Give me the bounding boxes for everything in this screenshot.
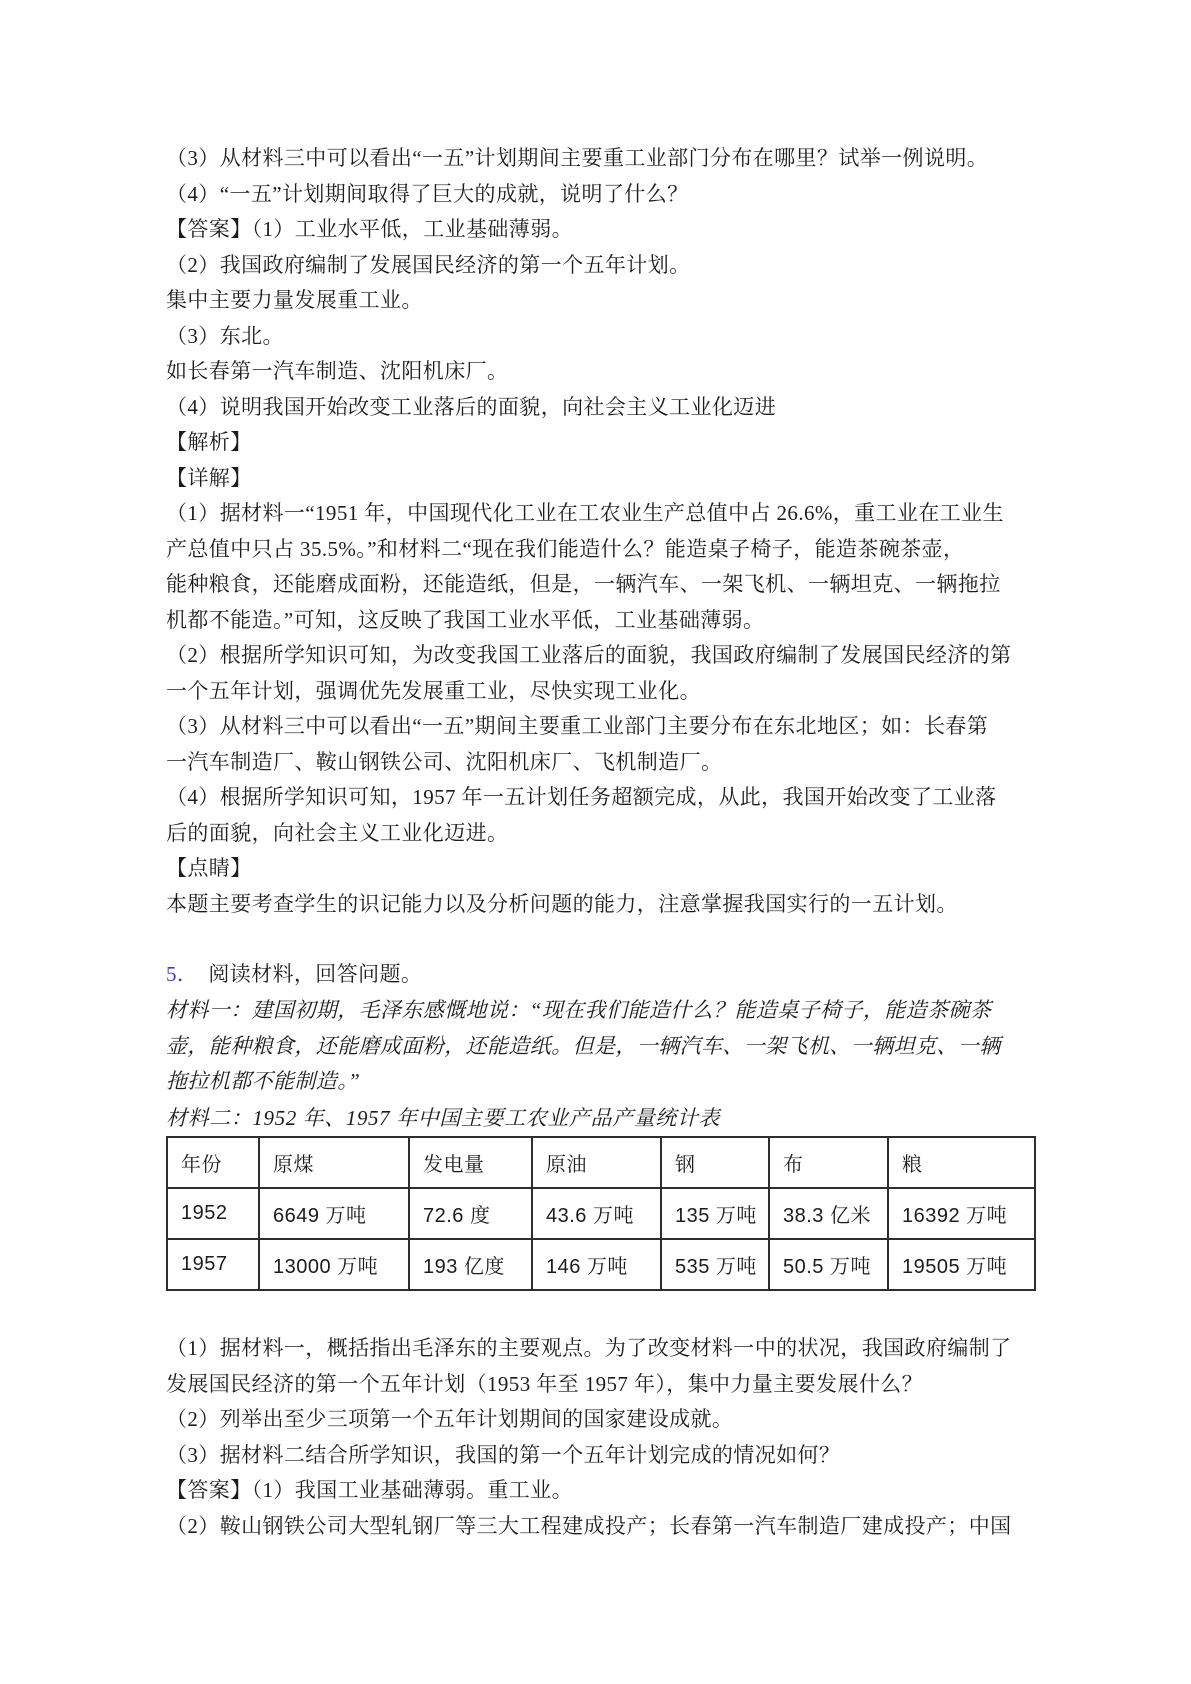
table-cell: 535 万吨: [661, 1239, 769, 1290]
table-header-cell: 原煤: [259, 1137, 409, 1188]
table-cell: 50.5 万吨: [769, 1239, 888, 1290]
material-line: 材料一：建国初期，毛泽东感慨地说：“现在我们能造什么？能造桌子椅子，能造茶碗茶: [166, 993, 1034, 1029]
question5-number: 5．: [166, 962, 198, 986]
answer-label-line: 【答案】（1）我国工业基础薄弱。重工业。: [166, 1473, 1034, 1509]
table-cell: 1957: [167, 1239, 259, 1290]
explanation-line: （4）根据所学知识可知，1957 年一五计划任务超额完成，从此，我国开始改变了工…: [166, 780, 1034, 816]
material-line: 壶，能种粮食，还能磨成面粉，还能造纸。但是，一辆汽车、一架飞机、一辆坦克、一辆: [166, 1029, 1034, 1065]
material-one: 材料一：建国初期，毛泽东感慨地说：“现在我们能造什么？能造桌子椅子，能造茶碗茶 …: [166, 993, 1034, 1100]
table-header-cell: 粮: [888, 1137, 1035, 1188]
explanation-line: 机都不能造。”可知，这反映了我国工业水平低，工业基础薄弱。: [166, 603, 1034, 639]
question-line: （4）“一五”计划期间取得了巨大的成就，说明了什么？: [166, 177, 1034, 213]
question-line: （1）据材料一，概括指出毛泽东的主要观点。为了改变材料一中的状况，我国政府编制了: [166, 1331, 1034, 1367]
material-line: 拖拉机都不能制造。”: [166, 1064, 1034, 1100]
answer-analysis-section: （3）从材料三中可以看出“一五”计划期间主要重工业部门分布在哪里？试举一例说明。…: [166, 141, 1034, 922]
table-cell: 43.6 万吨: [532, 1188, 661, 1239]
table-cell: 38.3 亿米: [769, 1188, 888, 1239]
table-header-cell: 年份: [167, 1137, 259, 1188]
question-line: （3）据材料二结合所学知识，我国的第一个五年计划完成的情况如何？: [166, 1438, 1034, 1474]
explanation-line: 产总值中只占 35.5%。”和材料二“现在我们能造什么？能造桌子椅子，能造茶碗茶…: [166, 532, 1034, 568]
question-line: （2）列举出至少三项第一个五年计划期间的国家建设成就。: [166, 1402, 1034, 1438]
table-cell: 1952: [167, 1188, 259, 1239]
analysis-label: 【解析】: [166, 425, 1034, 461]
table-header-cell: 钢: [661, 1137, 769, 1188]
question5-intro: 阅读材料，回答问题。: [208, 962, 422, 986]
answer-line: 如长春第一汽车制造、沈阳机床厂。: [166, 354, 1034, 390]
table-header-row: 年份 原煤 发电量 原油 钢 布 粮: [167, 1137, 1035, 1188]
table-header-cell: 发电量: [409, 1137, 532, 1188]
question-line: 发展国民经济的第一个五年计划（1953 年至 1957 年），集中力量主要发展什…: [166, 1367, 1034, 1403]
table-header-cell: 布: [769, 1137, 888, 1188]
table-cell: 19505 万吨: [888, 1239, 1035, 1290]
material-two-caption: 材料二：1952 年、1957 年中国主要工农业产品产量统计表: [166, 1101, 1034, 1137]
explanation-line: 一个五年计划，强调优先发展重工业，尽快实现工业化。: [166, 674, 1034, 710]
question-line: （3）从材料三中可以看出“一五”计划期间主要重工业部门分布在哪里？试举一例说明。: [166, 141, 1034, 177]
stats-table: 年份 原煤 发电量 原油 钢 布 粮 1952 6649 万吨 72.6 度 4…: [166, 1136, 1036, 1291]
table-cell: 193 亿度: [409, 1239, 532, 1290]
explanation-line: （2）根据所学知识可知，为改变我国工业落后的面貌，我国政府编制了发展国民经济的第: [166, 638, 1034, 674]
answer-label-line: 【答案】（1）工业水平低，工业基础薄弱。: [166, 212, 1034, 248]
table-row: 1952 6649 万吨 72.6 度 43.6 万吨 135 万吨 38.3 …: [167, 1188, 1035, 1239]
table-cell: 6649 万吨: [259, 1188, 409, 1239]
explanation-line: 一汽车制造厂、鞍山钢铁公司、沈阳机床厂、飞机制造厂。: [166, 745, 1034, 781]
table-header-cell: 原油: [532, 1137, 661, 1188]
explanation-line: （1）据材料一“1951 年，中国现代化工业在工农业生产总值中占 26.6%，重…: [166, 496, 1034, 532]
answer-line: （3）东北。: [166, 319, 1034, 355]
table-cell: 13000 万吨: [259, 1239, 409, 1290]
answer-line: （4）说明我国开始改变工业落后的面貌，向社会主义工业化迈进: [166, 390, 1034, 426]
question5-questions: （1）据材料一，概括指出毛泽东的主要观点。为了改变材料一中的状况，我国政府编制了…: [166, 1331, 1034, 1544]
document-page: （3）从材料三中可以看出“一五”计划期间主要重工业部门分布在哪里？试举一例说明。…: [0, 0, 1191, 1684]
answer-line: （2）鞍山钢铁公司大型轧钢厂等三大工程建成投产；长春第一汽车制造厂建成投产；中国: [166, 1509, 1034, 1545]
explanation-line: （3）从材料三中可以看出“一五”期间主要重工业部门主要分布在东北地区；如：长春第: [166, 709, 1034, 745]
highlight-label: 【点睛】: [166, 851, 1034, 887]
table-cell: 135 万吨: [661, 1188, 769, 1239]
detail-label: 【详解】: [166, 461, 1034, 497]
table-cell: 146 万吨: [532, 1239, 661, 1290]
table-row: 1957 13000 万吨 193 亿度 146 万吨 535 万吨 50.5 …: [167, 1239, 1035, 1290]
explanation-line: 后的面貌，向社会主义工业化迈进。: [166, 816, 1034, 852]
summary-line: 本题主要考查学生的识记能力以及分析问题的能力，注意掌握我国实行的一五计划。: [166, 887, 1034, 923]
table-cell: 72.6 度: [409, 1188, 532, 1239]
question5-heading: 5．阅读材料，回答问题。: [166, 957, 1034, 993]
table-cell: 16392 万吨: [888, 1188, 1035, 1239]
answer-line: （2）我国政府编制了发展国民经济的第一个五年计划。: [166, 248, 1034, 284]
answer-line: 集中主要力量发展重工业。: [166, 283, 1034, 319]
explanation-line: 能种粮食，还能磨成面粉，还能造纸，但是，一辆汽车、一架飞机、一辆坦克、一辆拖拉: [166, 567, 1034, 603]
